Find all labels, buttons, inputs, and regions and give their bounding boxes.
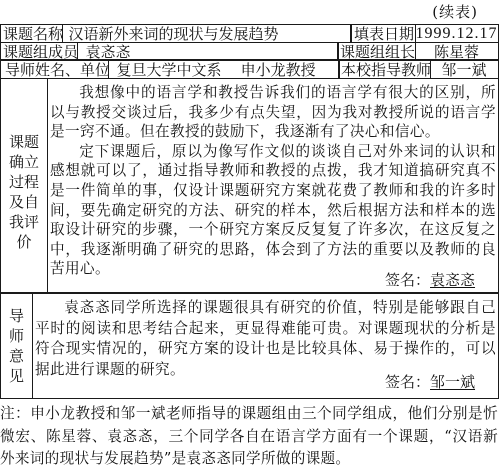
- school-advisor-value-text: 邹一斌: [441, 59, 486, 79]
- self-eval-label-line: 及自: [9, 192, 39, 212]
- signature-name: 邹一斌: [430, 373, 475, 391]
- self-eval-label-line: 课题: [9, 132, 39, 152]
- fill-date-value: 1999.12.17: [415, 24, 499, 43]
- self-eval-paragraph: 我想像中的语言学和教授告诉我们的语言学有很大的区别，所以与教授交谈过后，我多少有…: [50, 83, 496, 142]
- self-eval-label-line: 过程: [9, 172, 39, 192]
- self-eval-label-line: 确立: [9, 152, 39, 172]
- topic-name-value-text: 汉语新外来词的现状与发展趋势: [69, 24, 279, 43]
- self-eval-text: 我想像中的语言学和教授告诉我们的语言学有很大的区别，所以与教授交谈过后，我多少有…: [50, 83, 496, 279]
- self-eval-label: 课题 确立 过程 及自 我评 价: [0, 132, 48, 252]
- advisor-opinion-signature: 签名：邹一斌: [385, 371, 475, 392]
- leader-value-text: 陈星蓉: [434, 42, 479, 61]
- topic-name-value: 汉语新外来词的现状与发展趋势: [62, 24, 352, 43]
- self-eval-label-line: 价: [16, 232, 31, 252]
- school-advisor-value: 邹一斌: [430, 59, 499, 79]
- advisor-opinion-paragraph: 袁忞忞同学所选择的课题很具有研究的价值，特别是能够跟自己平时的阅读和思考结合起来…: [35, 298, 496, 380]
- advisor-opinion-label: 导 师 意 见: [0, 305, 33, 387]
- signature-label: 签名：: [385, 271, 430, 289]
- advisor-opinion-label-line: 意: [9, 346, 24, 366]
- advisor-opinion-label-line: 师: [9, 326, 24, 346]
- self-eval-paragraph: 定下课题后，原以为像写作文似的谈谈自己对外来词的认识和感想就可以了，通过指导教师…: [50, 142, 496, 279]
- continuation-label: (续表): [432, 1, 478, 22]
- footnote: 注：申小龙教授和邹一斌老师指导的课题组由三个同学组成，他们分别是忻微宏、陈星蓉、…: [0, 403, 498, 471]
- advisor-value: 复旦大学中文系 申小龙教授: [108, 59, 340, 79]
- fill-date-value-text: 1999.12.17: [416, 25, 498, 43]
- advisor-opinion-label-line: 导: [9, 306, 24, 326]
- leader-value: 陈星蓉: [415, 42, 499, 61]
- school-advisor-label: 本校指导教师: [338, 59, 431, 79]
- advisor-label-text: 导师姓名、单位: [5, 59, 109, 79]
- members-label-text: 课题组成员: [3, 42, 78, 61]
- signature-name: 袁忞忞: [430, 271, 475, 289]
- leader-label: 课题组组长: [337, 42, 416, 61]
- signature-label: 签名：: [385, 373, 430, 391]
- fill-date-label-text: 填表日期: [354, 24, 414, 43]
- advisor-opinion-text: 袁忞忞同学所选择的课题很具有研究的价值，特别是能够跟自己平时的阅读和思考结合起来…: [35, 298, 496, 380]
- advisor-opinion-label-line: 见: [9, 366, 24, 386]
- topic-name-label-text: 课题名称: [3, 24, 63, 43]
- advisor-value-text: 复旦大学中文系 申小龙教授: [117, 59, 316, 79]
- members-value: 袁忞忞: [77, 42, 339, 61]
- fill-date-label: 填表日期: [350, 24, 416, 43]
- members-label: 课题组成员: [0, 42, 78, 61]
- self-eval-label-line: 我评: [9, 212, 39, 232]
- members-value-text: 袁忞忞: [86, 42, 131, 61]
- school-advisor-label-text: 本校指导教师: [341, 59, 431, 79]
- advisor-label: 导师姓名、单位: [0, 59, 109, 79]
- topic-name-label: 课题名称: [0, 24, 63, 43]
- self-eval-signature: 签名：袁忞忞: [385, 269, 475, 290]
- leader-label-text: 课题组组长: [340, 42, 415, 61]
